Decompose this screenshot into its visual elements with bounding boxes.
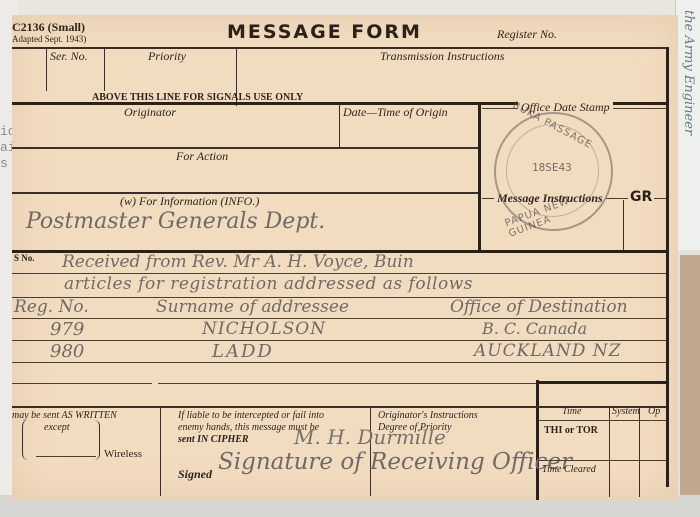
cipher-line-3: sent IN CIPHER [178,434,249,445]
ruled-line [12,362,666,363]
divider [12,47,666,49]
row-destination: AUCKLAND NZ [474,341,621,361]
row-reg-no: 980 [50,341,84,362]
time-label: Time [562,406,581,417]
handwritten-line-1: Received from Rev. Mr A. H. Voyce, Buin [62,252,414,272]
system-label: System [612,406,640,417]
divider [538,381,668,384]
row-surname: NICHOLSON [202,319,326,339]
form-right-border [666,47,669,487]
wireless-label: Wireless [104,448,142,460]
form-adapted-date: Adapted Sept. 1943) [12,34,86,44]
office-date-stamp: BUKA PASSAGE PAPUA NEW GUINEA 18SE43 [494,112,613,231]
originator-label: Originator [124,105,176,120]
transmission-instructions-label: Transmission Instructions [380,49,504,64]
background-envelope [680,255,700,517]
ruled-line [12,383,152,384]
divider [104,48,105,91]
divider [538,420,666,421]
row-surname: LADD [212,341,274,362]
gr-label: GR [628,189,654,205]
for-information-label: (w) For Information (INFO.) [120,194,259,209]
except-field-line [36,456,96,457]
s-no-label: S No. [14,253,35,263]
date-time-origin-label: Date—Time of Origin [343,105,448,120]
handwritten-signature: Signature of Receiving Officer [218,449,572,475]
divider [160,408,161,496]
side-note-text: the Army Engineer [680,10,696,250]
message-form: C2136 (Small) Adapted Sept. 1943) MESSAG… [12,15,678,500]
divider [478,103,481,250]
handwritten-reg-header: Reg. No. [14,297,89,317]
divider [339,103,340,148]
except-bracket [22,420,100,460]
priority-label: Priority [148,49,186,64]
divider [538,460,666,461]
row-destination: B. C. Canada [482,319,587,338]
form-code: C2136 (Small) [12,20,85,35]
op-label: Op [648,406,660,417]
form-title: MESSAGE FORM [227,21,422,43]
handwritten-info-recipient: Postmaster Generals Dept. [26,209,325,234]
ser-no-label: Ser. No. [50,49,88,64]
originator-instructions-label: Originator's Instructions [378,410,478,421]
divider [46,48,47,91]
divider [623,200,624,250]
divider [536,380,539,500]
for-action-label: For Action [176,149,228,164]
handwritten-office-header: Office of Destination [450,297,628,317]
thi-tor-label: THI or TOR [544,425,598,436]
stamp-date: 18SE43 [532,161,572,174]
register-no-label: Register No. [497,27,557,42]
time-cleared-label: Time Cleared [542,464,596,475]
row-reg-no: 979 [50,319,84,340]
handwritten-initials: M. H. Durmille [294,425,446,449]
signed-label: Signed [178,467,212,482]
handwritten-surname-header: Surname of addressee [156,297,349,317]
cipher-line-1: If liable to be intercepted or fail into [178,410,324,421]
divider [12,147,478,149]
handwritten-line-2: articles for registration addressed as f… [64,274,473,294]
